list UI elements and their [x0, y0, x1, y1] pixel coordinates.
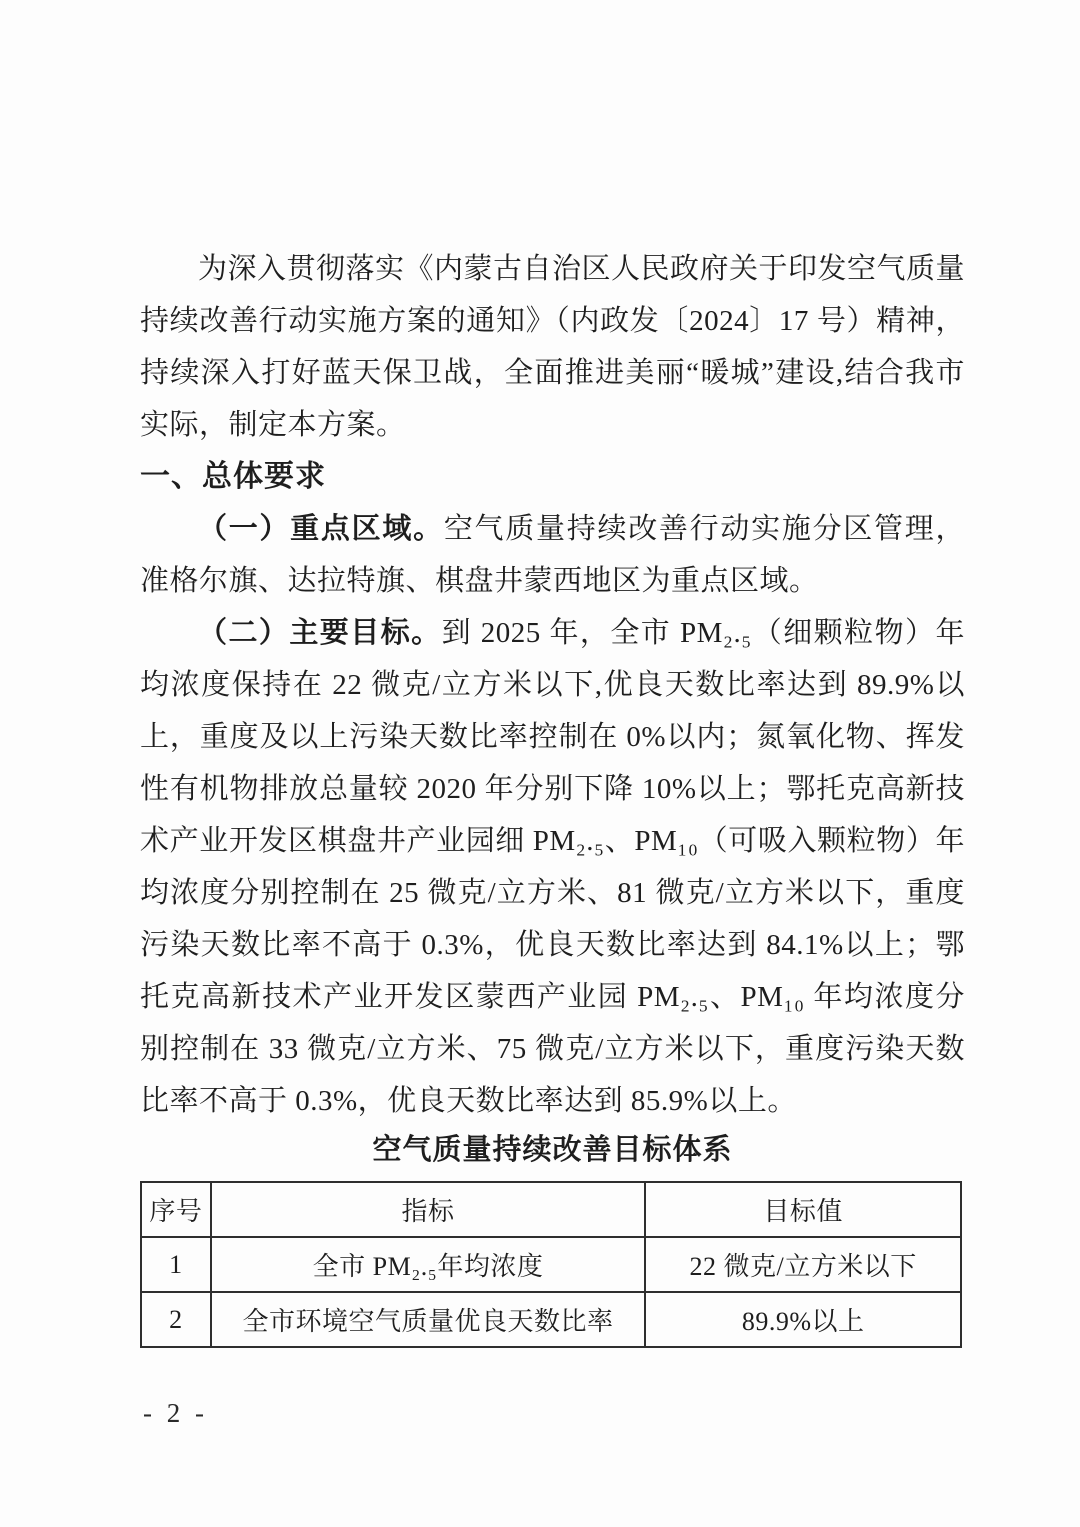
- document-page: 为深入贯彻落实《内蒙古自治区人民政府关于印发空气质量持续改善行动实施方案的通知》…: [0, 0, 1080, 1527]
- goals-table: 序号 指标 目标值 1 全市 PM₂.₅年均浓度 22 微克/立方米以下 2 全…: [140, 1181, 962, 1348]
- cell-row1-index: 1: [141, 1237, 211, 1292]
- subsection-main-goals: （二）主要目标。到 2025 年，全市 PM₂.₅（细颗粒物）年均浓度保持在 2…: [140, 607, 965, 1127]
- table-title: 空气质量持续改善目标体系: [140, 1127, 965, 1173]
- table-row: 2 全市环境空气质量优良天数比率 89.9%以上: [141, 1292, 961, 1347]
- cell-row2-index: 2: [141, 1292, 211, 1347]
- table-row: 1 全市 PM₂.₅年均浓度 22 微克/立方米以下: [141, 1237, 961, 1292]
- header-cell-index: 序号: [141, 1182, 211, 1237]
- cell-row1-target: 22 微克/立方米以下: [645, 1237, 961, 1292]
- page-number: - 2 -: [143, 1398, 208, 1429]
- cell-row2-target: 89.9%以上: [645, 1292, 961, 1347]
- section-heading: 一、总体要求: [140, 451, 965, 503]
- cell-row2-indicator: 全市环境空气质量优良天数比率: [211, 1292, 646, 1347]
- intro-paragraph: 为深入贯彻落实《内蒙古自治区人民政府关于印发空气质量持续改善行动实施方案的通知》…: [140, 243, 965, 451]
- document-content: 为深入贯彻落实《内蒙古自治区人民政府关于印发空气质量持续改善行动实施方案的通知》…: [140, 243, 965, 1348]
- table-header-row: 序号 指标 目标值: [141, 1182, 961, 1237]
- header-cell-indicator: 指标: [211, 1182, 646, 1237]
- subsection-main-goals-text: 到 2025 年，全市 PM₂.₅（细颗粒物）年均浓度保持在 22 微克/立方米…: [140, 617, 965, 1117]
- cell-row1-indicator: 全市 PM₂.₅年均浓度: [211, 1237, 646, 1292]
- subsection-main-goals-label: （二）主要目标。: [198, 617, 442, 649]
- subsection-key-regions: （一）重点区域。空气质量持续改善行动实施分区管理，准格尔旗、达拉特旗、棋盘井蒙西…: [140, 503, 965, 607]
- subsection-key-regions-label: （一）重点区域。: [198, 513, 444, 545]
- header-cell-target: 目标值: [645, 1182, 961, 1237]
